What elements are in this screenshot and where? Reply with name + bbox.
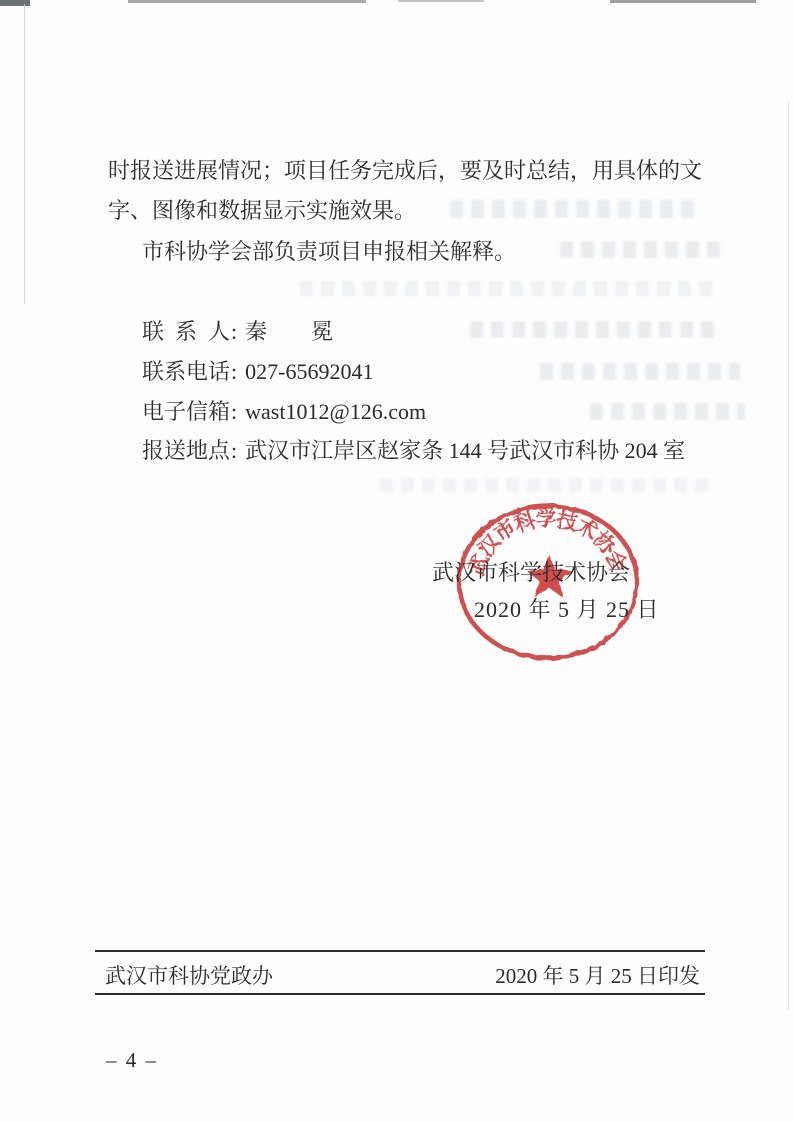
contact-label: 联系人 <box>142 318 230 346</box>
scan-edge-artifact <box>24 4 25 304</box>
body-text-line-1: 时报送进展情况；项目任务完成后，要及时总结，用具体的文 <box>108 157 702 185</box>
bleed-through-artifact <box>380 478 710 492</box>
scanned-document-page: 武汉市科学技术协会 时报送进展情况；项目任务完成后，要及时总结，用具体的文 字、… <box>0 0 793 1122</box>
contact-colon: : <box>231 437 237 465</box>
footer-rule-top <box>95 950 705 952</box>
contact-row-email: 电子信箱:wast1012@126.com <box>142 398 426 426</box>
page-number: – 4 – <box>95 1048 169 1073</box>
contact-value: wast1012@126.com <box>245 398 426 426</box>
contact-colon: : <box>231 398 237 426</box>
bleed-through-artifact <box>470 321 720 338</box>
bleed-through-artifact <box>450 200 700 218</box>
contact-value: 027-65692041 <box>245 358 373 386</box>
contact-colon: : <box>231 358 237 386</box>
contact-label: 联系电话 <box>142 358 230 386</box>
contact-row-person: 联系人:秦 冕 <box>142 318 333 346</box>
contact-value: 秦 冕 <box>245 318 333 346</box>
contact-colon: : <box>231 318 237 346</box>
signature-date: 2020 年 5 月 25 日 <box>474 596 660 624</box>
contact-row-address: 报送地点:武汉市江岸区赵家条 144 号武汉市科协 204 室 <box>142 437 685 465</box>
contact-row-phone: 联系电话:027-65692041 <box>142 358 373 386</box>
bleed-through-artifact <box>540 363 740 380</box>
bleed-through-artifact <box>590 403 745 420</box>
footer-rule-bottom <box>95 993 705 995</box>
scan-edge-artifact <box>610 0 756 3</box>
body-text-line-2: 字、图像和数据显示实施效果。 <box>108 197 416 225</box>
scan-edge-artifact <box>0 0 30 6</box>
contact-label: 报送地点 <box>142 437 230 465</box>
bleed-through-artifact <box>300 281 720 296</box>
body-text-line-3: 市科协学会部负责项目申报相关解释。 <box>142 238 516 266</box>
footer-print-date: 2020 年 5 月 25 日印发 <box>495 963 700 989</box>
signature-organization: 武汉市科学技术协会 <box>432 559 630 587</box>
scan-edge-artifact <box>788 100 789 1010</box>
scan-edge-artifact <box>128 0 366 3</box>
scan-edge-artifact <box>398 0 484 2</box>
footer-row: 武汉市科协党政办 2020 年 5 月 25 日印发 <box>105 963 700 989</box>
footer-issuer: 武汉市科协党政办 <box>105 963 273 989</box>
bleed-through-artifact <box>560 241 720 258</box>
contact-label: 电子信箱 <box>142 398 230 426</box>
contact-value: 武汉市江岸区赵家条 144 号武汉市科协 204 室 <box>245 437 685 465</box>
